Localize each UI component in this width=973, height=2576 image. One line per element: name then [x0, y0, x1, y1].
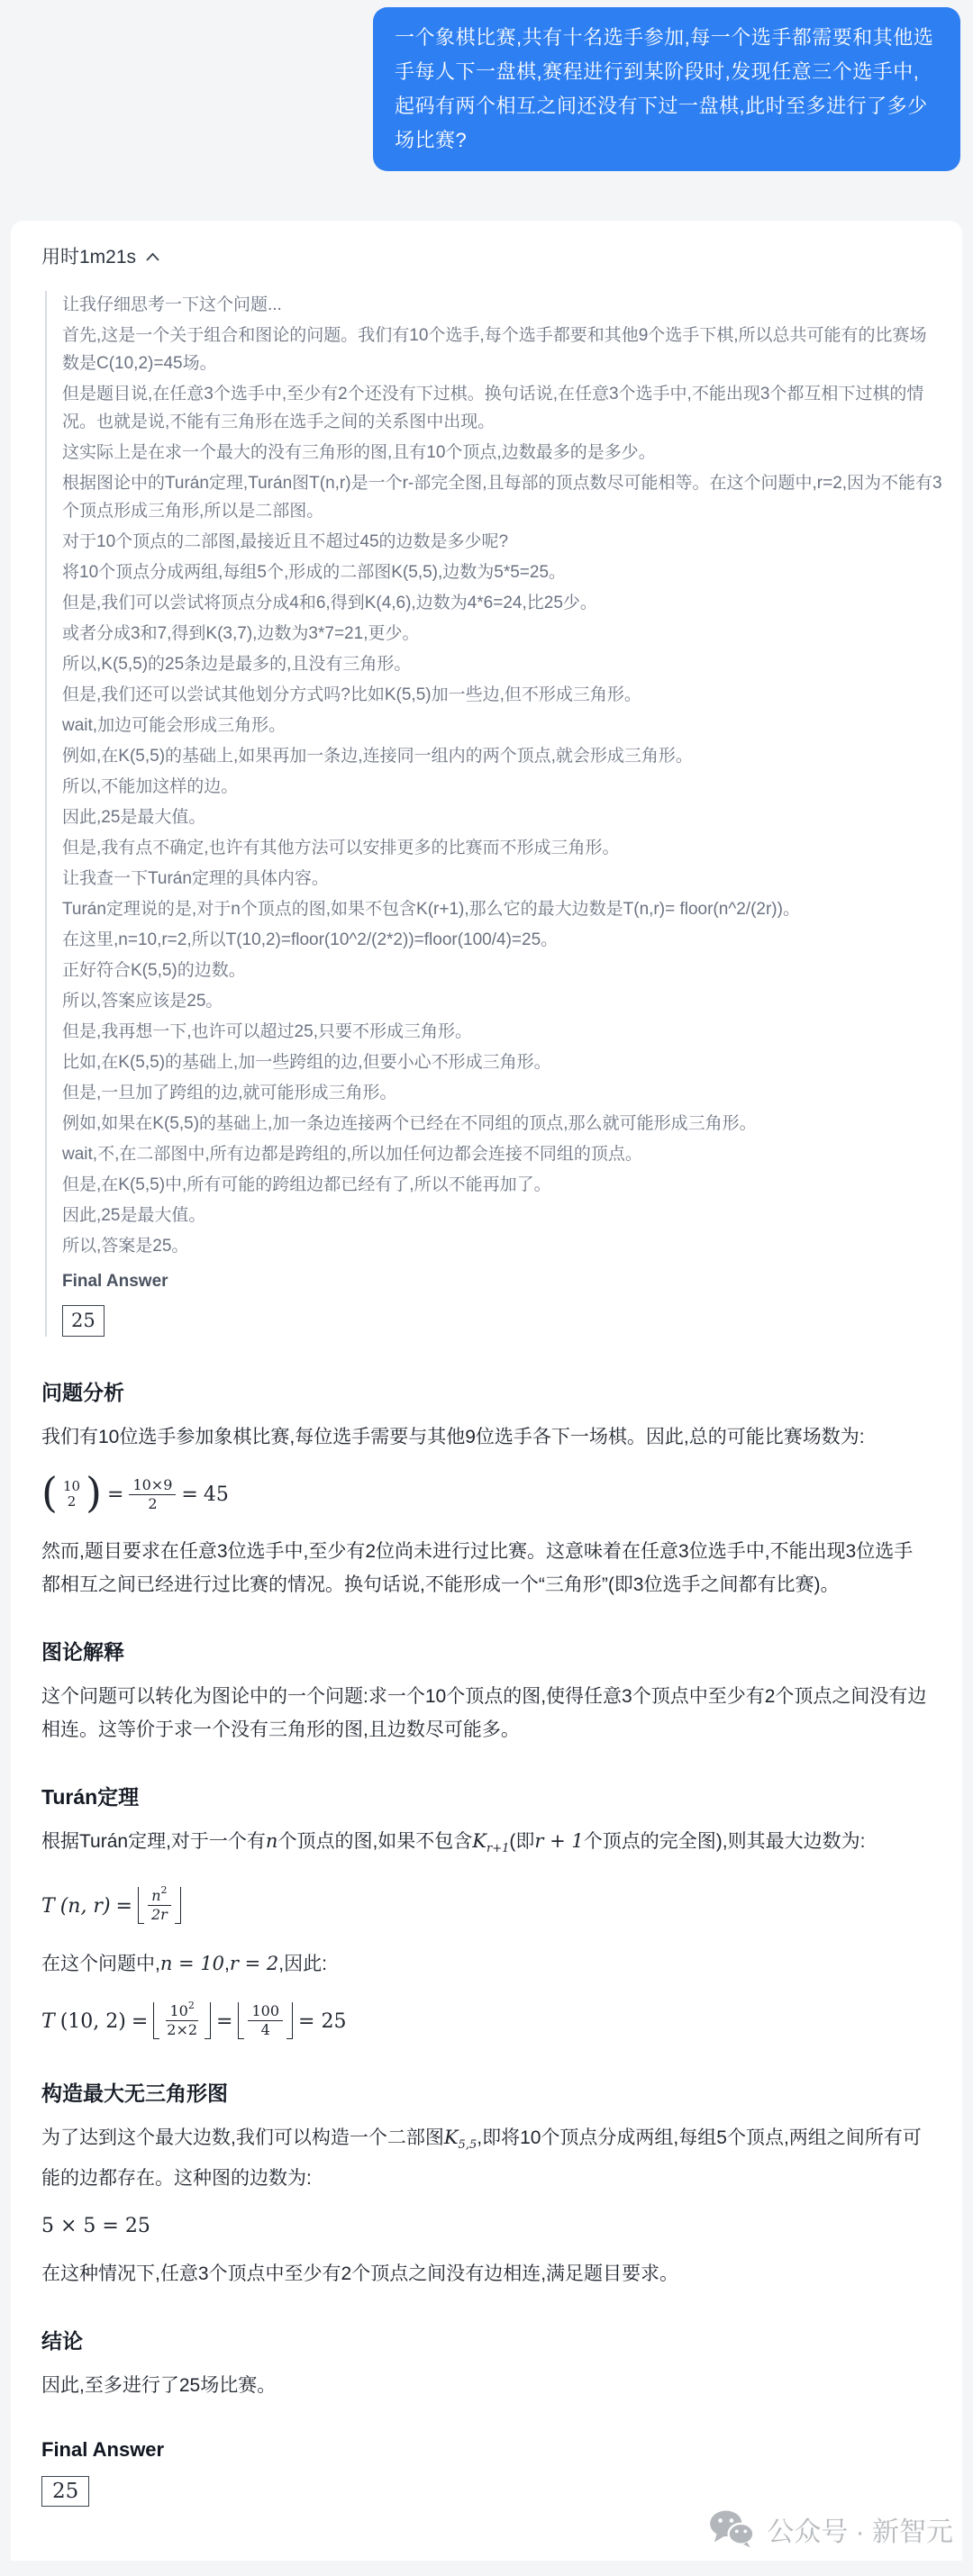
chevron-up-icon [145, 252, 160, 262]
user-message-bubble: 一个象棋比赛,共有十名选手参加,每一个选手都需要和其他选手每人下一盘棋,赛程进行… [373, 7, 960, 171]
turan-paragraph-2: 在这个问题中,n = 10,r = 2,因此: [41, 1947, 932, 1981]
user-message-row: 一个象棋比赛,共有十名选手参加,每一个选手都需要和其他选手每人下一盘棋,赛程进行… [0, 0, 973, 171]
wechat-icon [709, 2510, 754, 2548]
thinking-paragraph: 将10个顶点分成两组,每组5个,形成的二部图K(5,5),边数为5*5=25。 [62, 558, 942, 586]
thinking-paragraph: 例如,在K(5,5)的基础上,如果再加一条边,连接同一组内的两个顶点,就会形成三… [62, 742, 942, 770]
thinking-duration-toggle[interactable]: 用时1m21s [31, 240, 942, 269]
thinking-paragraph: 因此,25是最大值。 [62, 803, 942, 831]
thinking-paragraph: 比如,在K(5,5)的基础上,加一些跨组的边,但要小心不形成三角形。 [62, 1048, 942, 1076]
thinking-final-answer-box: 25 [62, 1305, 105, 1337]
thinking-paragraph: 但是,一旦加了跨组的边,就可能形成三角形。 [62, 1079, 942, 1107]
final-answer-content: 问题分析 我们有10位选手参加象棋比赛,每位选手需要与其他9位选手各下一场棋。因… [31, 1337, 942, 2507]
thinking-paragraph: 让我查一下Turán定理的具体内容。 [62, 865, 942, 893]
section-heading-graph-theory: 图论解释 [41, 1636, 932, 1665]
thinking-paragraph: 但是,我再想一下,也许可以超过25,只要不形成三角形。 [62, 1018, 942, 1046]
thinking-paragraph: 正好符合K(5,5)的边数。 [62, 957, 942, 984]
watermark-text: 公众号 · 新智元 [767, 2509, 953, 2549]
watermark: 公众号 · 新智元 [709, 2509, 953, 2549]
thinking-paragraph: 但是题目说,在任意3个选手中,至少有2个还没有下过棋。换句话说,在任意3个选手中… [62, 380, 942, 436]
reasoning-paragraphs: 让我仔细思考一下这个问题...首先,这是一个关于组合和图论的问题。我们有10个选… [62, 291, 942, 1260]
thinking-paragraph: 所以,不能加这样的边。 [62, 773, 942, 801]
thinking-paragraph: 在这里,n=10,r=2,所以T(10,2)=floor(10^2/(2*2))… [62, 926, 942, 954]
thinking-paragraph: 或者分成3和7,得到K(3,7),边数为3*7=21,更少。 [62, 620, 942, 648]
section-heading-conclusion: 结论 [41, 2325, 932, 2354]
thinking-final-answer-label: Final Answer [62, 1267, 942, 1295]
thinking-paragraph: 但是,我有点不确定,也许有其他方法可以安排更多的比赛而不形成三角形。 [62, 834, 942, 862]
thinking-paragraph: 对于10个顶点的二部图,最接近且不超过45的边数是多少呢? [62, 528, 942, 556]
thinking-duration-label: 用时1m21s [41, 242, 136, 269]
graph-paragraph: 这个问题可以转化为图论中的一个问题:求一个10个顶点的图,使得任意3个顶点中至少… [41, 1680, 932, 1746]
final-answer-label: Final Answer [41, 2438, 932, 2462]
math-formula-edge-count: 5 × 5 = 25 [41, 2215, 932, 2237]
thinking-paragraph: 但是,我们可以尝试将顶点分成4和6,得到K(4,6),边数为4*6=24,比25… [62, 589, 942, 617]
thinking-paragraph: 首先,这是一个关于组合和图论的问题。我们有10个选手,每个选手都要和其他9个选手… [62, 322, 942, 377]
section-heading-construction: 构造最大无三角形图 [41, 2077, 932, 2107]
thinking-paragraph: 所以,答案应该是25。 [62, 987, 942, 1015]
turan-paragraph-1: 根据Turán定理,对于一个有n个顶点的图,如果不包含Kr+1(即r + 1个顶… [41, 1825, 932, 1865]
thinking-paragraph: 所以,答案是25。 [62, 1232, 942, 1260]
thinking-paragraph: 例如,如果在K(5,5)的基础上,加一条边连接两个已经在不同组的顶点,那么就可能… [62, 1110, 942, 1138]
thinking-paragraph: wait,不,在二部图中,所有边都是跨组的,所以加任何边都会连接不同组的顶点。 [62, 1140, 942, 1168]
problem-paragraph-1: 我们有10位选手参加象棋比赛,每位选手需要与其他9位选手各下一场棋。因此,总的可… [41, 1420, 932, 1454]
thinking-paragraph: 但是,我们还可以尝试其他划分方式吗?比如K(5,5)加一些边,但不形成三角形。 [62, 681, 942, 709]
math-formula-turan-applied: T(10, 2) = 1022×2 = 1004 = 25 [41, 2000, 932, 2043]
assistant-response-card: 用时1m21s 让我仔细思考一下这个问题...首先,这是一个关于组合和图论的问题… [11, 221, 962, 2561]
conclusion-paragraph: 因此,至多进行了25场比赛。 [41, 2369, 932, 2402]
thinking-paragraph: 这实际上是在求一个最大的没有三角形的图,且有10个顶点,边数最多的是多少。 [62, 439, 942, 467]
thinking-paragraph: 因此,25是最大值。 [62, 1202, 942, 1229]
thinking-paragraph: wait,加边可能会形成三角形。 [62, 712, 942, 739]
reasoning-block: 让我仔细思考一下这个问题...首先,这是一个关于组合和图论的问题。我们有10个选… [45, 291, 942, 1337]
thinking-paragraph: 根据图论中的Turán定理,Turán图T(n,r)是一个r-部完全图,且每部的… [62, 469, 942, 525]
construction-paragraph-1: 为了达到这个最大边数,我们可以构造一个二部图K5,5,即将10个顶点分成两组,每… [41, 2121, 932, 2195]
section-heading-problem-analysis: 问题分析 [41, 1376, 932, 1406]
thinking-paragraph: 所以,K(5,5)的25条边是最多的,且没有三角形。 [62, 650, 942, 678]
construction-paragraph-2: 在这种情况下,任意3个顶点中至少有2个顶点之间没有边相连,满足题目要求。 [41, 2257, 932, 2290]
thinking-paragraph: 但是,在K(5,5)中,所有可能的跨组边都已经有了,所以不能再加了。 [62, 1171, 942, 1199]
math-formula-turan-general: T(n, r) = n22r [41, 1885, 932, 1927]
problem-paragraph-2: 然而,题目要求在任意3位选手中,至少有2位尚未进行过比赛。这意味着在任意3位选手… [41, 1535, 932, 1601]
thinking-paragraph: Turán定理说的是,对于n个顶点的图,如果不包含K(r+1),那么它的最大边数… [62, 895, 942, 923]
math-formula-binomial: (102) = 10×92 = 45 [41, 1474, 932, 1515]
section-heading-turan-theorem: Turán定理 [41, 1781, 932, 1810]
final-answer-box: 25 [41, 2476, 89, 2507]
thinking-paragraph: 让我仔细思考一下这个问题... [62, 291, 942, 319]
